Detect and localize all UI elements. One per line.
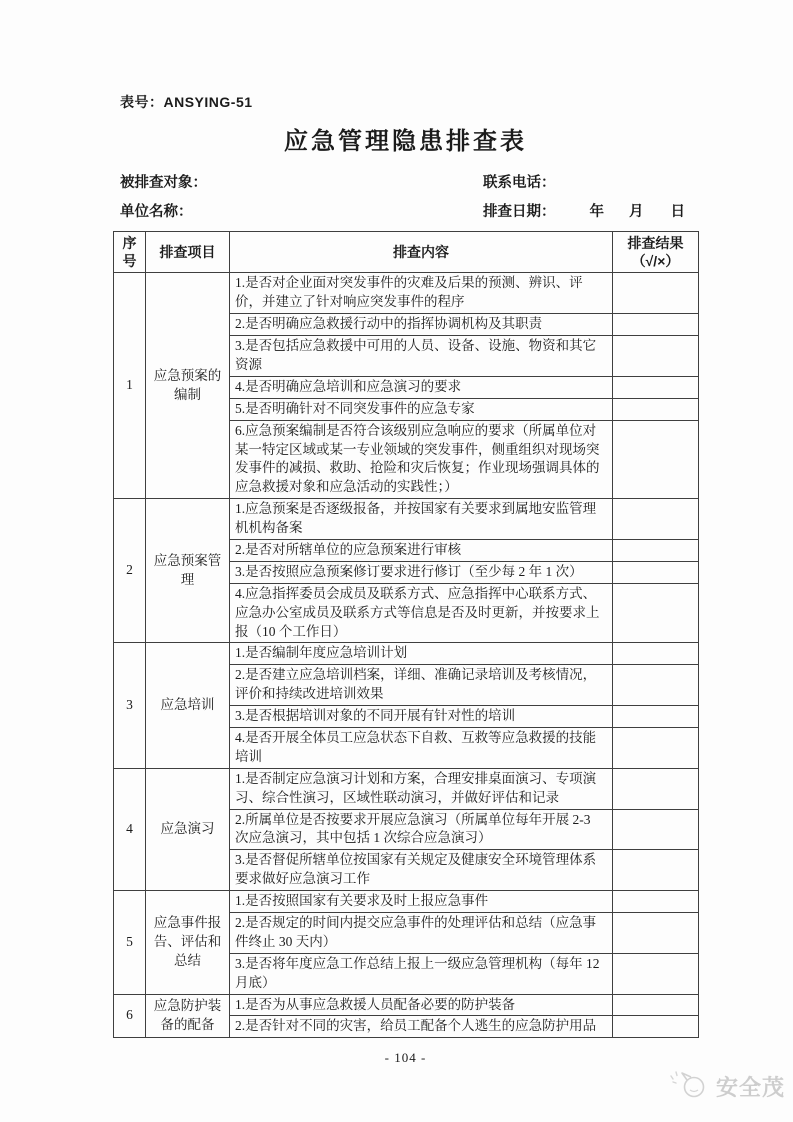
check-content-cell: 1.是否制定应急演习计划和方案，合理安排桌面演习、专项演习、综合性演习，区域性联… bbox=[230, 768, 613, 809]
result-cell bbox=[613, 912, 699, 953]
check-content-cell: 4.应急指挥委员会成员及联系方式、应急指挥中心联系方式、应急办公室成员及联系方式… bbox=[230, 583, 613, 643]
watermark-text: 安全茂 bbox=[716, 1071, 785, 1102]
check-content-cell: 2.是否建立应急培训档案，详细、准确记录培训及考核情况，评价和持续改进培训效果 bbox=[230, 665, 613, 706]
check-content-cell: 2.是否规定的时间内提交应急事件的处理评估和总结（应急事件终止 30 天内） bbox=[230, 912, 613, 953]
table-row: 5应急事件报告、评估和总结1.是否按照国家有关要求及时上报应急事件 bbox=[114, 891, 699, 913]
header-index: 序号 bbox=[114, 232, 146, 273]
month-label: 月 bbox=[629, 204, 644, 220]
result-cell bbox=[613, 994, 699, 1016]
result-cell bbox=[613, 273, 699, 314]
header-result: 排查结果 （√/×） bbox=[613, 232, 699, 273]
check-content-cell: 2.是否针对不同的灾害，给员工配备个人逃生的应急防护用品 bbox=[230, 1016, 613, 1038]
check-content-cell: 3.是否根据培训对象的不同开展有针对性的培训 bbox=[230, 706, 613, 728]
check-content-cell: 3.是否将年度应急工作总结上报上一级应急管理机构（每年 12 月底） bbox=[230, 953, 613, 994]
section-item-label: 应急预案管理 bbox=[146, 499, 230, 643]
day-label: 日 bbox=[671, 204, 686, 220]
check-content-cell: 3.是否包括应急救援中可用的人员、设备、设施、物资和其它资源 bbox=[230, 336, 613, 377]
year-label: 年 bbox=[590, 204, 605, 220]
result-cell bbox=[613, 891, 699, 913]
section-item-label: 应急演习 bbox=[146, 768, 230, 890]
header-result-line1: 排查结果 bbox=[615, 234, 696, 252]
table-row: 1应急预案的编制1.是否对企业面对突发事件的灾难及后果的预测、辨识、评价，并建立… bbox=[114, 273, 699, 314]
section-item-label: 应急事件报告、评估和总结 bbox=[146, 891, 230, 994]
result-cell bbox=[613, 768, 699, 809]
result-cell bbox=[613, 420, 699, 499]
result-cell bbox=[613, 398, 699, 420]
scanned-document-page: { "page": { "form_number": "表号：ANSYING-5… bbox=[0, 0, 793, 1122]
table-row: 4应急演习1.是否制定应急演习计划和方案，合理安排桌面演习、专项演习、综合性演习… bbox=[114, 768, 699, 809]
check-content-cell: 4.是否开展全体员工应急状态下自救、互救等应急救援的技能培训 bbox=[230, 727, 613, 768]
section-number: 2 bbox=[114, 499, 146, 643]
form-number: 表号：ANSYING-51 bbox=[120, 92, 698, 112]
result-cell bbox=[613, 706, 699, 728]
result-cell bbox=[613, 336, 699, 377]
check-content-cell: 6.应急预案编制是否符合该级别应急响应的要求（所属单位对某一特定区域或某一专业领… bbox=[230, 420, 613, 499]
result-cell bbox=[613, 643, 699, 665]
check-content-cell: 1.是否为从事应急救援人员配备必要的防护装备 bbox=[230, 994, 613, 1016]
section-item-label: 应急培训 bbox=[146, 643, 230, 768]
watermark: 安全茂 bbox=[667, 1068, 785, 1105]
meta-row-2: 单位名称： 排查日期：年月日 bbox=[120, 200, 698, 220]
header-result-line2: （√/×） bbox=[615, 252, 696, 270]
contact-phone-label: 联系电话： bbox=[483, 175, 556, 191]
result-cell bbox=[613, 561, 699, 583]
check-content-cell: 4.是否明确应急培训和应急演习的要求 bbox=[230, 376, 613, 398]
unit-name-label: 单位名称： bbox=[120, 204, 193, 220]
check-content-cell: 5.是否明确针对不同突发事件的应急专家 bbox=[230, 398, 613, 420]
check-content-cell: 2.是否明确应急救援行动中的指挥协调机构及其职责 bbox=[230, 314, 613, 336]
section-number: 4 bbox=[114, 768, 146, 890]
inspection-table: 序号 排查项目 排查内容 排查结果 （√/×） 1应急预案的编制1.是否对企业面… bbox=[113, 231, 699, 1038]
result-cell bbox=[613, 499, 699, 540]
table-row: 2应急预案管理1.应急预案是否逐级报备，并按国家有关要求到属地安监管理机机构备案 bbox=[114, 499, 699, 540]
result-cell bbox=[613, 583, 699, 643]
result-cell bbox=[613, 953, 699, 994]
page-number: - 104 - bbox=[113, 1050, 698, 1066]
result-cell bbox=[613, 539, 699, 561]
check-content-cell: 1.是否编制年度应急培训计划 bbox=[230, 643, 613, 665]
table-header-row: 序号 排查项目 排查内容 排查结果 （√/×） bbox=[114, 232, 699, 273]
result-cell bbox=[613, 1016, 699, 1038]
check-content-cell: 2.是否对所辖单位的应急预案进行审核 bbox=[230, 539, 613, 561]
check-content-cell: 3.是否按照应急预案修订要求进行修订（至少每 2 年 1 次） bbox=[230, 561, 613, 583]
document-sheet: 表号：ANSYING-51 应急管理隐患排查表 被排查对象： 联系电话： 单位名… bbox=[113, 0, 698, 1122]
result-cell bbox=[613, 850, 699, 891]
result-cell bbox=[613, 314, 699, 336]
result-cell bbox=[613, 809, 699, 850]
section-item-label: 应急防护装备的配备 bbox=[146, 994, 230, 1038]
header-content: 排查内容 bbox=[230, 232, 613, 273]
inspected-subject-label: 被排查对象： bbox=[120, 175, 207, 191]
meta-row-1: 被排查对象： 联系电话： bbox=[120, 171, 698, 191]
inspection-date-label: 排查日期： bbox=[483, 204, 556, 220]
result-cell bbox=[613, 665, 699, 706]
check-content-cell: 3.是否督促所辖单位按国家有关规定及健康安全环境管理体系要求做好应急演习工作 bbox=[230, 850, 613, 891]
result-cell bbox=[613, 727, 699, 768]
section-number: 3 bbox=[114, 643, 146, 768]
section-number: 1 bbox=[114, 273, 146, 499]
mascot-logo-icon bbox=[667, 1068, 711, 1105]
table-row: 3应急培训1.是否编制年度应急培训计划 bbox=[114, 643, 699, 665]
section-number: 5 bbox=[114, 891, 146, 994]
check-content-cell: 1.是否对企业面对突发事件的灾难及后果的预测、辨识、评价，并建立了针对响应突发事… bbox=[230, 273, 613, 314]
checklist-body: 1应急预案的编制1.是否对企业面对突发事件的灾难及后果的预测、辨识、评价，并建立… bbox=[114, 273, 699, 1038]
header-item: 排查项目 bbox=[146, 232, 230, 273]
table-row: 6应急防护装备的配备1.是否为从事应急救援人员配备必要的防护装备 bbox=[114, 994, 699, 1016]
result-cell bbox=[613, 376, 699, 398]
check-content-cell: 2.所属单位是否按要求开展应急演习（所属单位每年开展 2-3 次应急演习，其中包… bbox=[230, 809, 613, 850]
section-item-label: 应急预案的编制 bbox=[146, 273, 230, 499]
section-number: 6 bbox=[114, 994, 146, 1038]
check-content-cell: 1.是否按照国家有关要求及时上报应急事件 bbox=[230, 891, 613, 913]
check-content-cell: 1.应急预案是否逐级报备，并按国家有关要求到属地安监管理机机构备案 bbox=[230, 499, 613, 540]
page-title: 应急管理隐患排查表 bbox=[113, 121, 698, 156]
